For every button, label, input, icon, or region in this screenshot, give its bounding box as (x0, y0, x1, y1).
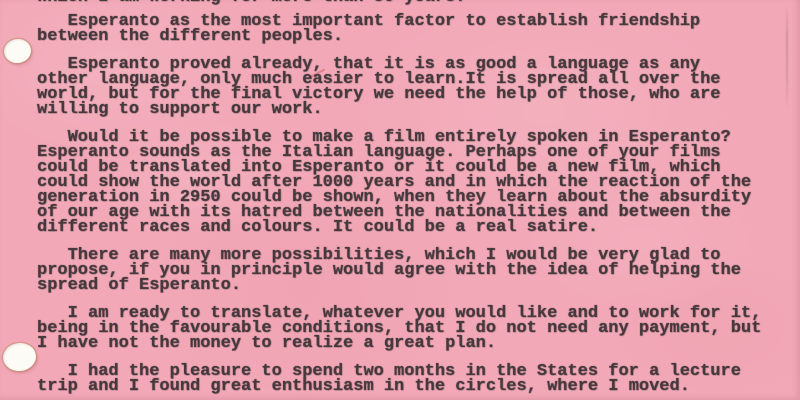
paragraph-language-proved: Esperanto proved already, that it is as … (37, 57, 777, 117)
paragraph-film-proposal: Would it be possible to make a film enti… (37, 130, 777, 235)
paper-crease (786, 4, 788, 109)
paragraph-more-possibilities: There are many more possibilities, which… (37, 248, 777, 293)
punch-hole-bottom (2, 341, 38, 372)
punch-hole-top (2, 37, 32, 65)
paragraph-ready-to-translate: I am ready to translate, whatever you wo… (37, 306, 777, 351)
letter-page: which I am working for more than 50 year… (0, 0, 800, 400)
letter-text: which I am working for more than 50 year… (37, 0, 777, 400)
partial-top-line: which I am working for more than 50 year… (37, 0, 777, 5)
paragraph-lecture-trip: I had the pleasure to spend two months i… (37, 364, 777, 394)
paragraph-friendship: Esperanto as the most important factor t… (37, 14, 777, 44)
